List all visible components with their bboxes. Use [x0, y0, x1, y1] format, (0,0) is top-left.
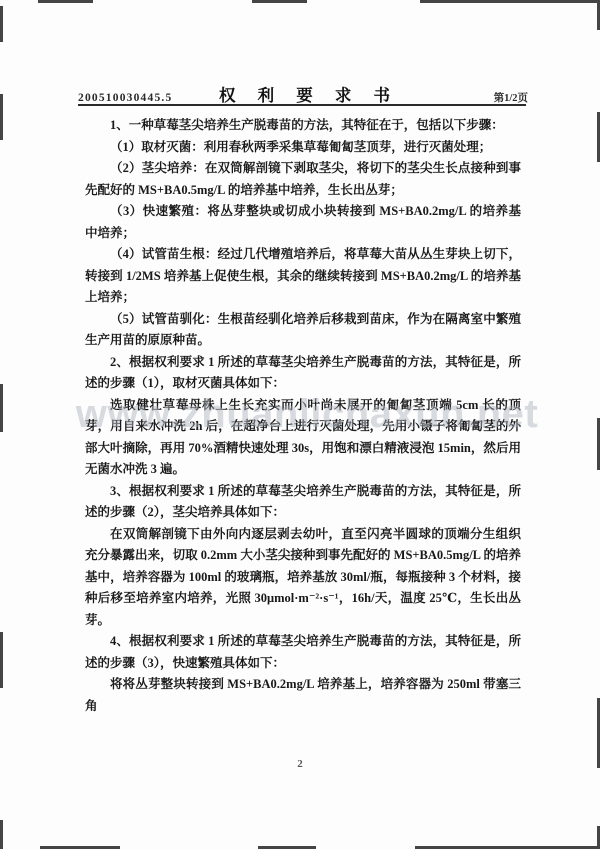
claim-paragraph: （2）茎尖培养：在双筒解剖镜下剥取茎尖，将切下的茎尖生长点接种到事先配好的 MS… [85, 158, 521, 201]
scan-artifact-top-2 [252, 0, 307, 3]
claim-paragraph: （1）取材灭菌：利用春秋两季采集草莓匍匐茎顶芽，进行灭菌处理； [85, 137, 521, 159]
claim-paragraph: （3）快速繁殖：将丛芽整块或切成小块转接到 MS+BA0.2mg/L 的培养基中… [85, 201, 521, 244]
scan-artifact-top-3 [420, 0, 600, 3]
page-number: 2 [0, 758, 600, 770]
claim-paragraph: 在双筒解剖镜下由外向内逐层剥去幼叶，直至闪亮半圆球的顶端分生组织充分暴露出来，切… [85, 524, 521, 632]
claims-body: 1、一种草莓茎尖培养生产脱毒苗的方法，其特征在于，包括以下步骤：（1）取材灭菌：… [85, 115, 521, 717]
scan-artifact-left-4 [0, 632, 3, 688]
header-rule [78, 104, 526, 106]
scan-artifact-left-5 [0, 820, 3, 849]
claim-paragraph: 选取健壮草莓母株上生长充实而小叶尚未展开的匍匐茎顶端 5cm 长的顶芽，用自来水… [85, 395, 521, 481]
claim-paragraph: 4、根据权利要求 1 所述的草莓茎尖培养生产脱毒苗的方法，其特征是，所述的步骤（… [85, 631, 521, 674]
claim-paragraph: 3、根据权利要求 1 所述的草莓茎尖培养生产脱毒苗的方法，其特征是，所述的步骤（… [85, 481, 521, 524]
application-number: 200510030445.5 [78, 92, 213, 104]
patent-claims-page: 200510030445.5 权 利 要 求 书 第1/2页 1、一种草莓茎尖培… [0, 0, 600, 849]
page-header: 200510030445.5 权 利 要 求 书 第1/2页 [78, 82, 528, 104]
claim-paragraph: 2、根据权利要求 1 所述的草莓茎尖培养生产脱毒苗的方法，其特征是，所述的步骤（… [85, 352, 521, 395]
claim-paragraph: 1、一种草莓茎尖培养生产脱毒苗的方法，其特征在于，包括以下步骤： [85, 115, 521, 137]
scan-artifact-left-2 [0, 94, 3, 140]
scan-artifact-top-1 [38, 0, 93, 3]
page-indicator: 第1/2页 [393, 90, 528, 105]
scan-artifact-left-3 [0, 384, 3, 432]
claim-paragraph: 将将丛芽整块转接到 MS+BA0.2mg/L 培养基上，培养容器为 250ml … [85, 674, 521, 717]
scan-artifact-left-1 [0, 6, 3, 42]
document-title: 权 利 要 求 书 [219, 82, 399, 106]
claim-paragraph: （5）试管苗驯化：生根苗经驯化培养后移栽到苗床，作为在隔离室中繁殖生产用苗的原原… [85, 309, 521, 352]
claim-paragraph: （4）试管苗生根：经过几代增殖培养后，将草莓大苗从丛生芽块上切下，转接到 1/2… [85, 244, 521, 309]
